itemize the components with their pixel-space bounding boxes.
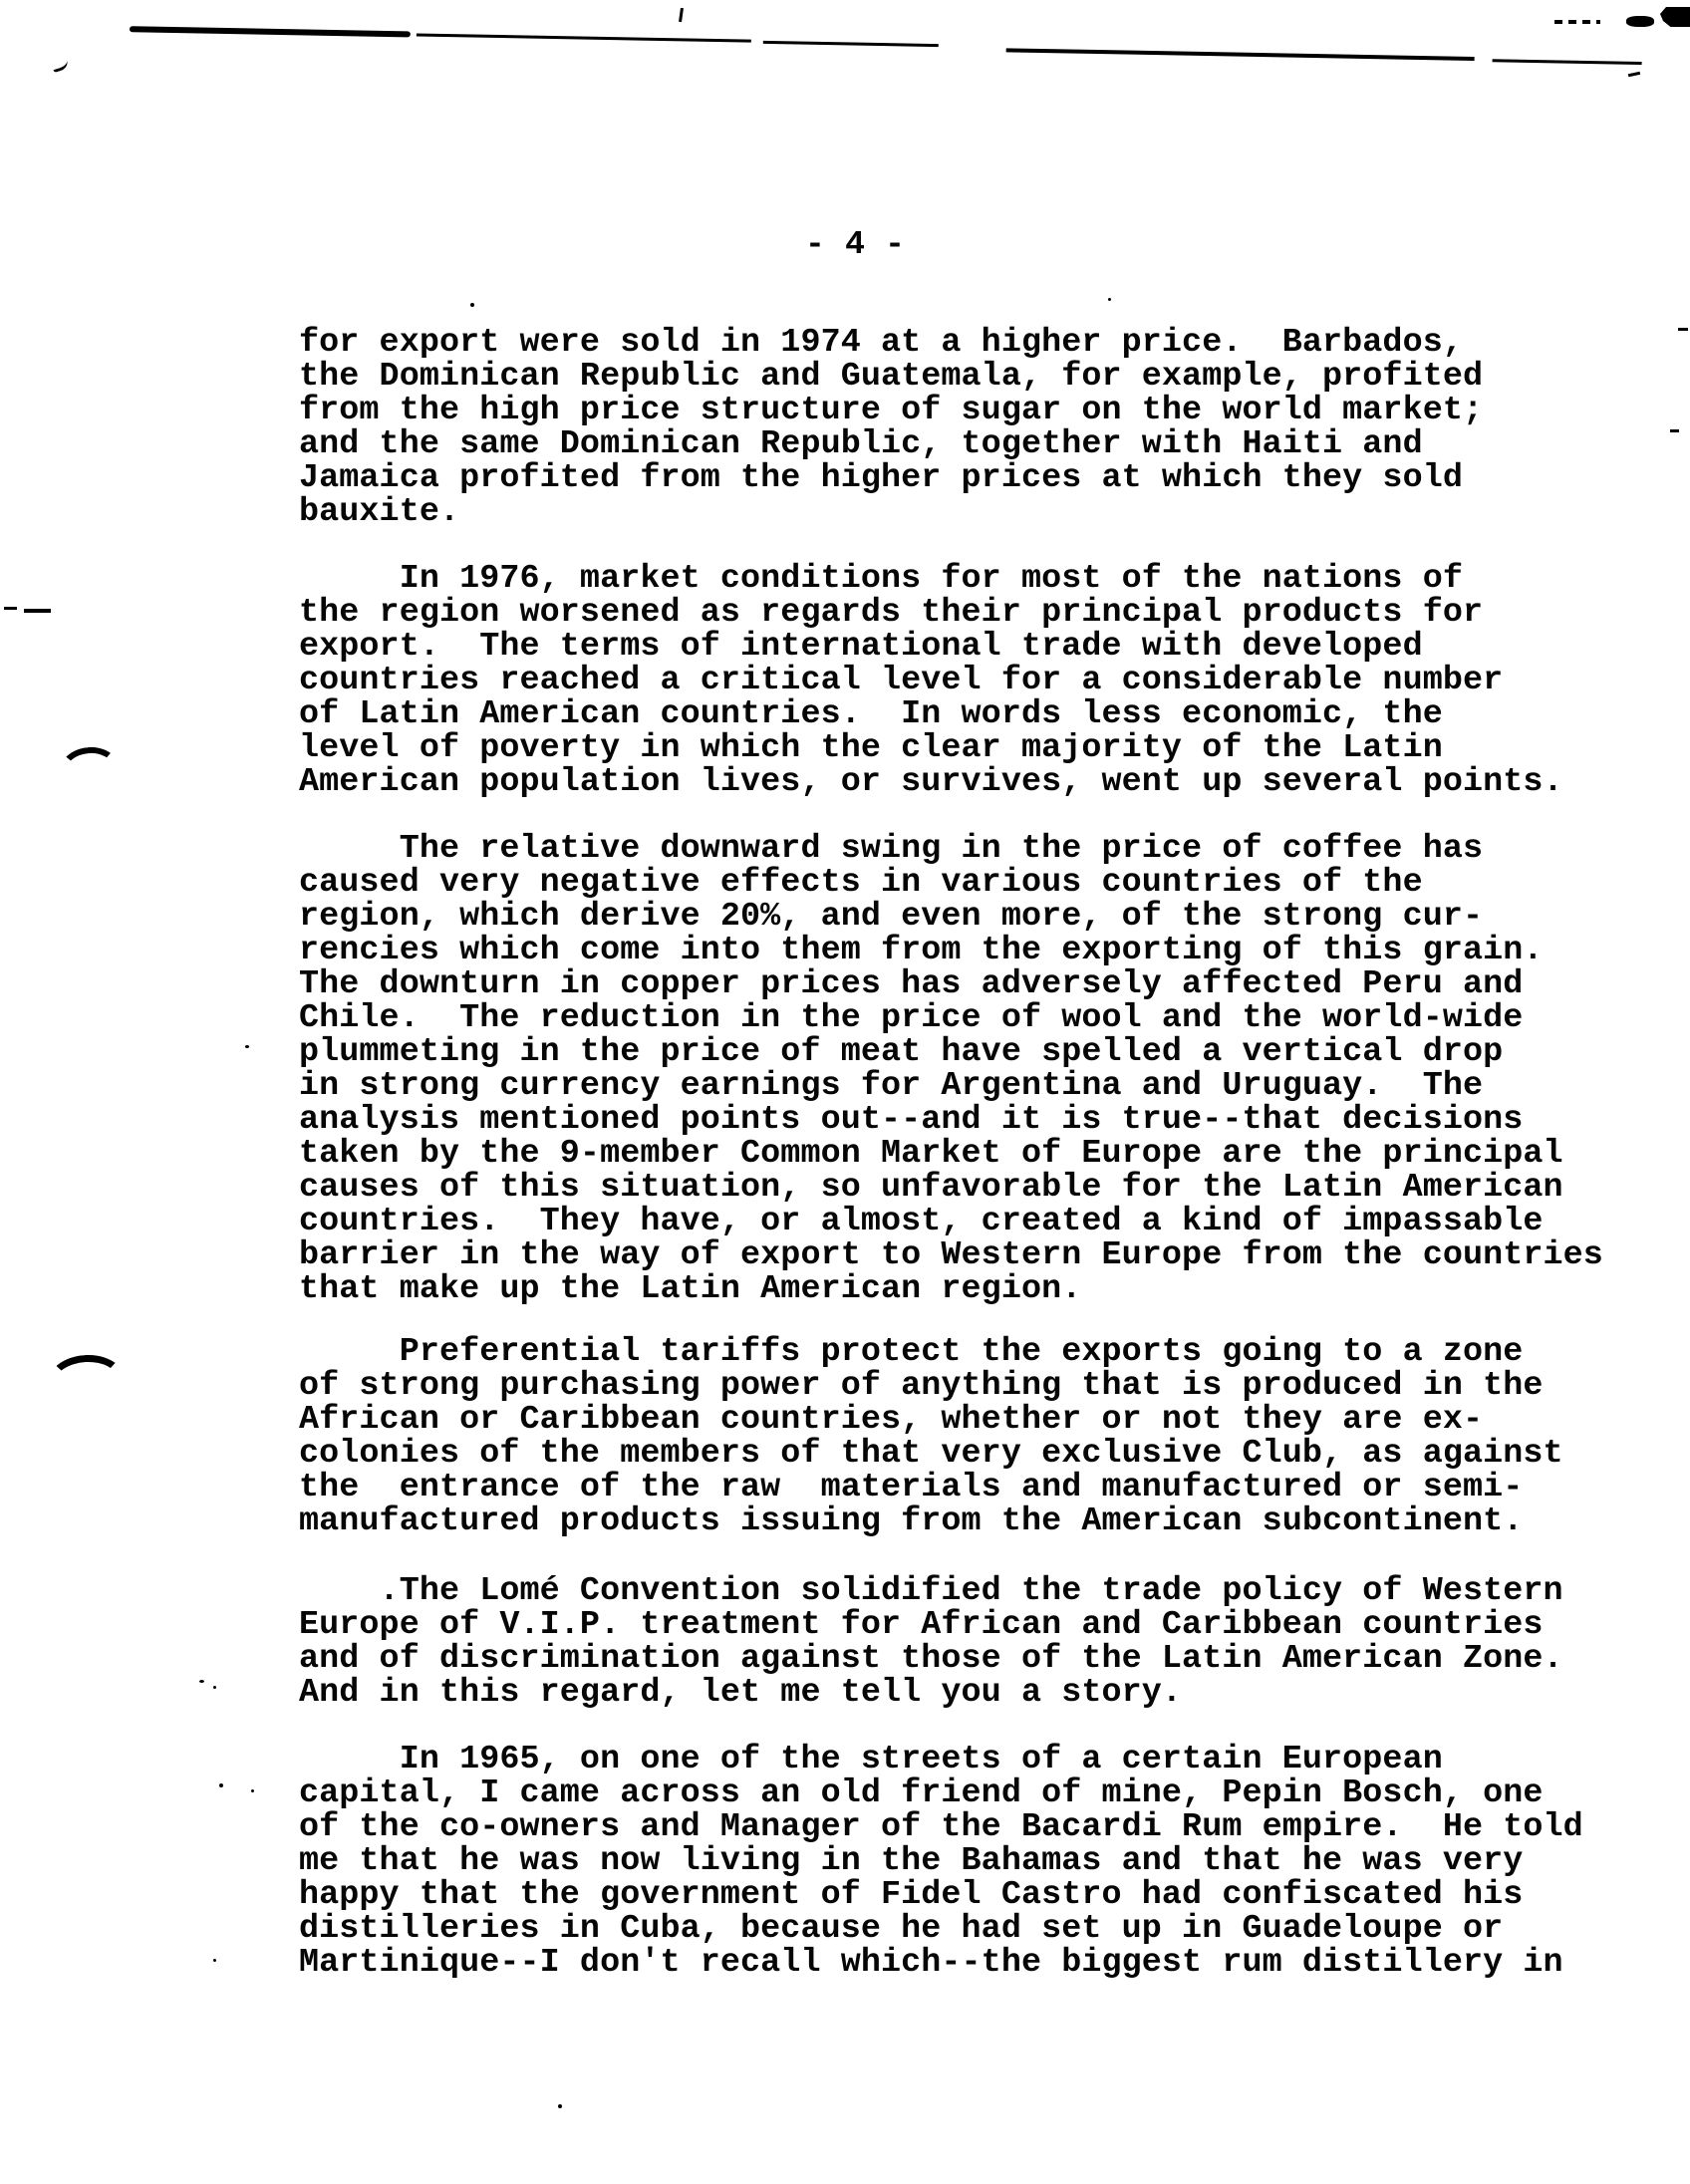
scan-artifact-dash xyxy=(24,609,51,613)
scan-speck xyxy=(213,1686,216,1689)
scan-artifact-pen-slash xyxy=(50,56,69,73)
scan-artifact-arc-mark xyxy=(58,744,122,795)
paragraph-bauxite-exports: for export were sold in 1974 at a higher… xyxy=(299,326,1483,529)
paragraph-pepin-bosch-story: In 1965, on one of the streets of a cert… xyxy=(299,1743,1583,1980)
scan-artifact-tick xyxy=(1628,72,1640,77)
scan-artifact-line-segment xyxy=(763,41,939,47)
scan-artifact-dash xyxy=(1678,328,1688,331)
paragraph-preferential-tariffs: Preferential tariffs protect the exports… xyxy=(299,1335,1563,1538)
scan-artifact-arc-mark xyxy=(47,1353,128,1411)
scan-speck xyxy=(251,1789,254,1792)
scan-speck xyxy=(213,1959,216,1962)
scan-artifact-line-segment xyxy=(1493,59,1642,65)
paragraph-lome-convention: .The Lomé Convention solidified the trad… xyxy=(299,1574,1563,1710)
scan-artifact-tick xyxy=(679,8,684,22)
scan-artifact-dash xyxy=(1670,429,1679,432)
scan-artifact-dash xyxy=(1554,20,1600,24)
scan-speck xyxy=(199,1680,204,1683)
scan-speck xyxy=(558,2104,562,2108)
scan-speck xyxy=(1108,298,1111,301)
scan-speck xyxy=(470,303,474,307)
scan-artifact-line-segment xyxy=(130,26,411,37)
scan-artifact-top-line xyxy=(118,26,1690,69)
scan-speck xyxy=(219,1783,223,1787)
page-number: - 4 - xyxy=(10,228,1690,262)
scan-speck xyxy=(245,1045,249,1048)
scan-artifact-corner-blob xyxy=(1626,16,1654,27)
scan-artifact-line-segment xyxy=(417,33,751,42)
scan-artifact-corner-blob xyxy=(1660,7,1690,27)
paragraph-1976-market: In 1976, market conditions for most of t… xyxy=(299,562,1563,799)
scanned-document-page: - 4 - for export were sold in 1974 at a … xyxy=(0,0,1690,2184)
paragraph-coffee-copper-prices: The relative downward swing in the price… xyxy=(299,832,1603,1306)
scan-artifact-dash xyxy=(4,607,17,610)
scan-artifact-line-segment xyxy=(1006,48,1475,61)
